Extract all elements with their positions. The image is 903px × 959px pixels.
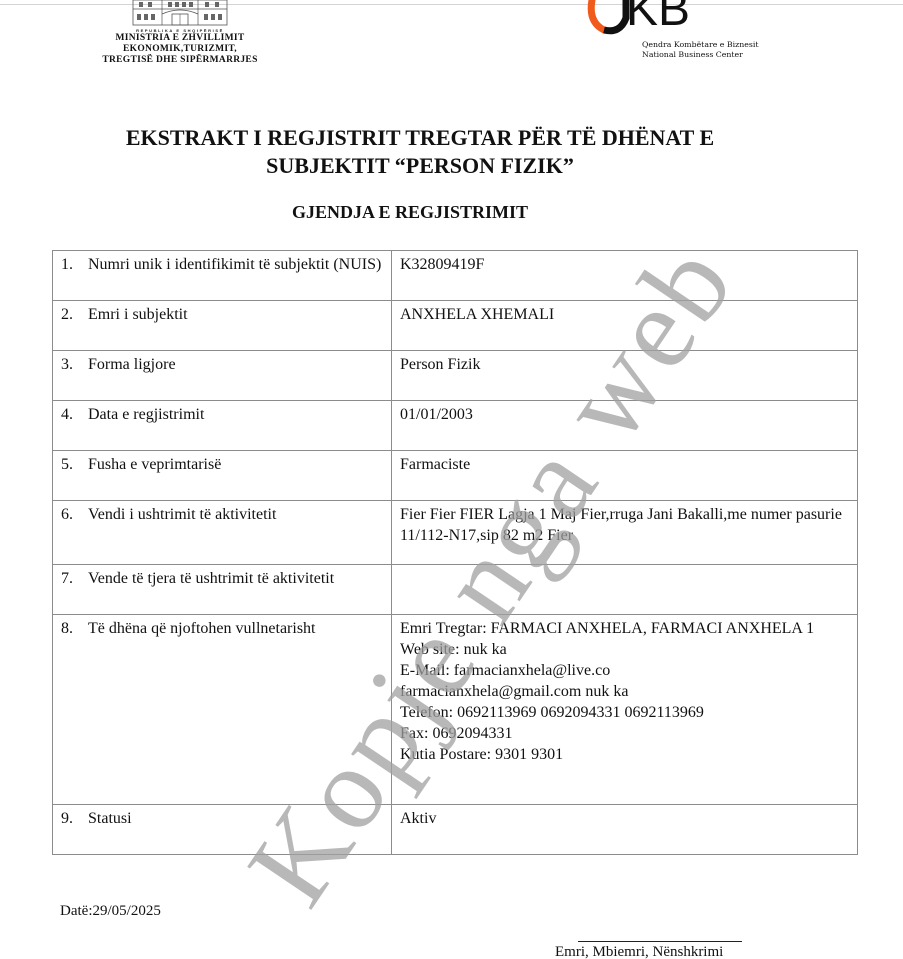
field-value-cell: Farmaciste [392, 451, 858, 501]
field-value-cell: ANXHELA XHEMALI [392, 301, 858, 351]
field-value: Telefon: 0692113969 0692094331 069211396… [400, 702, 849, 723]
field-label: Vende të tjera të ushtrimit të aktivitet… [88, 568, 383, 589]
field-label-cell: 2.Emri i subjektit [53, 301, 392, 351]
field-value-cell: 01/01/2003 [392, 401, 858, 451]
table-row: 1.Numri unik i identifikimit të subjekti… [53, 251, 858, 301]
field-value-cell: Aktiv [392, 805, 858, 855]
field-label: Statusi [88, 808, 383, 829]
field-label-cell: 3.Forma ligjore [53, 351, 392, 401]
document-subtitle: GJENDJA E REGJISTRIMIT [120, 202, 700, 223]
qkb-logo: KB Qendra Kombëtare e Biznesit National … [586, 0, 786, 62]
field-value: farmacianxhela@gmail.com nuk ka [400, 681, 849, 702]
registry-table: 1.Numri unik i identifikimit të subjekti… [52, 250, 858, 855]
field-value: Kutia Postare: 9301 9301 [400, 744, 849, 765]
table-row: 9.StatusiAktiv [53, 805, 858, 855]
row-number: 5. [61, 454, 88, 475]
signature-line [578, 941, 742, 942]
field-label-cell: 6.Vendi i ushtrimit të aktivitetit [53, 501, 392, 565]
row-number: 1. [61, 254, 88, 275]
table-row: 7.Vende të tjera të ushtrimit të aktivit… [53, 565, 858, 615]
field-value-cell: Emri Tregtar: FARMACI ANXHELA, FARMACI A… [392, 615, 858, 805]
field-value-cell: Fier Fier FIER Lagja 1 Maj Fier,rruga Ja… [392, 501, 858, 565]
table-row: 4.Data e regjistrimit01/01/2003 [53, 401, 858, 451]
field-value-cell: Person Fizik [392, 351, 858, 401]
field-label: Numri unik i identifikimit të subjektit … [88, 254, 383, 275]
field-label-cell: 4.Data e regjistrimit [53, 401, 392, 451]
field-value: Fier Fier FIER Lagja 1 Maj Fier,rruga Ja… [400, 504, 849, 546]
signature-label: Emri, Mbiemri, Nënshkrimi [555, 944, 723, 959]
field-value: Farmaciste [400, 454, 849, 475]
field-value: ANXHELA XHEMALI [400, 304, 849, 325]
field-label-cell: 8.Të dhëna që njoftohen vullnetarisht [53, 615, 392, 805]
field-value-cell: K32809419F [392, 251, 858, 301]
field-label-cell: 1.Numri unik i identifikimit të subjekti… [53, 251, 392, 301]
field-label-cell: 7.Vende të tjera të ushtrimit të aktivit… [53, 565, 392, 615]
ministry-name-line2: EKONOMIK,TURIZMIT, [80, 44, 280, 55]
field-value: K32809419F [400, 254, 849, 275]
field-label: Forma ligjore [88, 354, 383, 375]
row-number: 6. [61, 504, 88, 525]
title-line-2: SUBJEKTIT “PERSON FIZIK” [60, 152, 780, 180]
qkb-name-english: National Business Center [642, 50, 758, 60]
field-label-cell: 9.Statusi [53, 805, 392, 855]
ministry-name-line1: MINISTRIA E ZHVILLIMIT [80, 33, 280, 44]
field-label-cell: 5.Fusha e veprimtarisë [53, 451, 392, 501]
document-date: Datë:29/05/2025 [60, 903, 161, 920]
title-line-1: EKSTRAKT I REGJISTRIT TREGTAR PËR TË DHË… [60, 124, 780, 152]
table-row: 6.Vendi i ushtrimit të aktivitetitFier F… [53, 501, 858, 565]
row-number: 3. [61, 354, 88, 375]
document-title: EKSTRAKT I REGJISTRIT TREGTAR PËR TË DHË… [60, 124, 780, 180]
field-value-cell [392, 565, 858, 615]
row-number: 7. [61, 568, 88, 589]
table-row: 3.Forma ligjorePerson Fizik [53, 351, 858, 401]
field-label: Vendi i ushtrimit të aktivitetit [88, 504, 383, 525]
field-label: Të dhëna që njoftohen vullnetarisht [88, 618, 383, 639]
table-row: 8.Të dhëna që njoftohen vullnetarishtEmr… [53, 615, 858, 805]
field-label: Data e regjistrimit [88, 404, 383, 425]
qkb-letters: KB [626, 0, 690, 34]
ministry-logo: REPUBLIKA E SHQIPËRISË MINISTRIA E ZHVIL… [80, 0, 280, 66]
field-value: Emri Tregtar: FARMACI ANXHELA, FARMACI A… [400, 618, 849, 639]
row-number: 4. [61, 404, 88, 425]
field-value: 01/01/2003 [400, 404, 849, 425]
table-row: 5.Fusha e veprimtarisëFarmaciste [53, 451, 858, 501]
row-number: 8. [61, 618, 88, 639]
field-label: Fusha e veprimtarisë [88, 454, 383, 475]
field-value: Aktiv [400, 808, 849, 829]
row-number: 2. [61, 304, 88, 325]
table-row: 2.Emri i subjektitANXHELA XHEMALI [53, 301, 858, 351]
field-value: Person Fizik [400, 354, 849, 375]
field-value: Fax: 0692094331 [400, 723, 849, 744]
government-building-icon [132, 0, 228, 26]
field-label: Emri i subjektit [88, 304, 383, 325]
field-value: E-Mail: farmacianxhela@live.co [400, 660, 849, 681]
ministry-name-line3: TREGTISË DHE SIPËRMARRJES [80, 55, 280, 66]
qkb-name-albanian: Qendra Kombëtare e Biznesit [642, 40, 758, 50]
field-value: Web site: nuk ka [400, 639, 849, 660]
row-number: 9. [61, 808, 88, 829]
